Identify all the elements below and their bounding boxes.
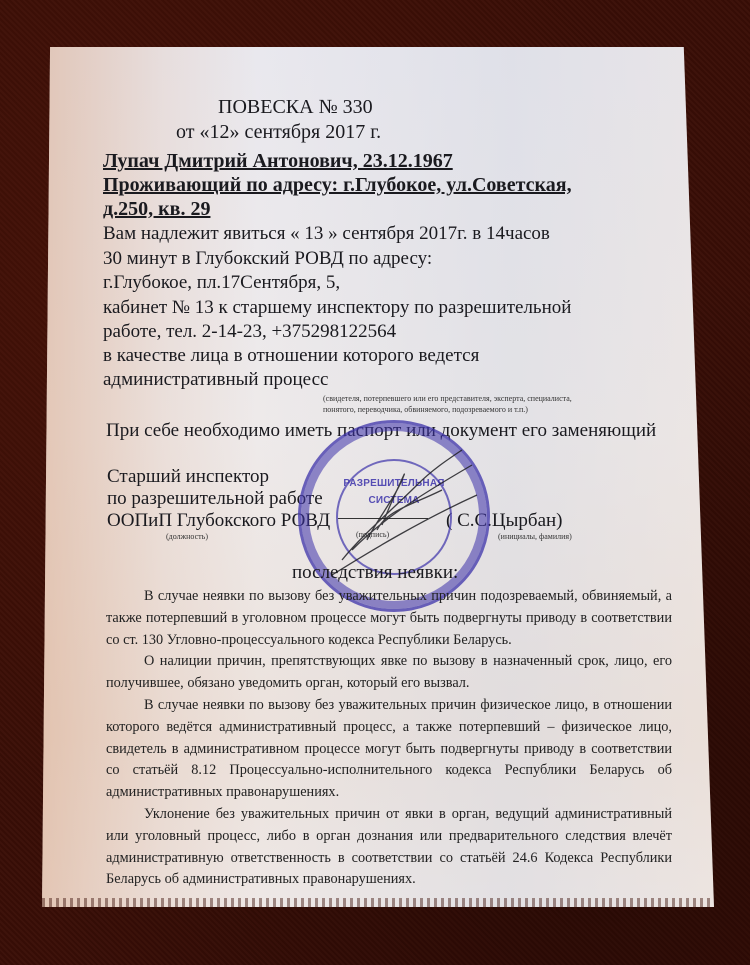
consequences-heading: последствия неявки: xyxy=(292,562,458,584)
consequence-paragraph: В случае неявки по вызову без уважительн… xyxy=(106,695,672,804)
summons-line: работе, тел. 2-14-23, +375298122564 xyxy=(103,321,396,343)
consequence-paragraph: В случае неявки по вызову без уважительн… xyxy=(106,586,672,651)
summons-line: г.Глубокое, пл.17Сентября, 5, xyxy=(103,272,340,294)
summons-line: 30 минут в Глубокский РОВД по адресу: xyxy=(103,248,432,270)
consequences-text: В случае неявки по вызову без уважительн… xyxy=(106,586,672,891)
signatory-position: ООПиП Глубокского РОВД xyxy=(107,510,330,532)
summons-line: административный процесс xyxy=(103,369,328,391)
name-caption: (инициалы, фамилия) xyxy=(498,532,572,541)
position-caption: (должность) xyxy=(166,532,208,541)
role-hint: понятого, переводчика, обвиняемого, подо… xyxy=(323,405,528,414)
torn-edge xyxy=(42,898,714,910)
document-date: от «12» сентября 2017 г. xyxy=(176,121,381,144)
document-title: ПОВЕСКА № 330 xyxy=(218,96,373,119)
summons-line: в качестве лица в отношении которого вед… xyxy=(103,345,479,367)
summons-line: Вам надлежит явиться « 13 » сентября 201… xyxy=(103,223,550,245)
signatory-position: Старший инспектор xyxy=(107,466,269,488)
consequence-paragraph: Уклонение без уважительных причин от явк… xyxy=(106,804,672,891)
consequence-paragraph: О налиции причин, препятствующих явке по… xyxy=(106,651,672,695)
recipient-name: Лупач Дмитрий Антонович, 23.12.1967 xyxy=(103,150,453,173)
summons-line: кабинет № 13 к старшему инспектору по ра… xyxy=(103,297,571,319)
recipient-address-1: Проживающий по адресу: г.Глубокое, ул.Со… xyxy=(103,174,572,197)
signatory-position: по разрешительной работе xyxy=(107,488,323,510)
recipient-address-2: д.250, кв. 29 xyxy=(103,198,210,221)
role-hint: (свидетеля, потерпевшего или его предста… xyxy=(323,394,572,403)
